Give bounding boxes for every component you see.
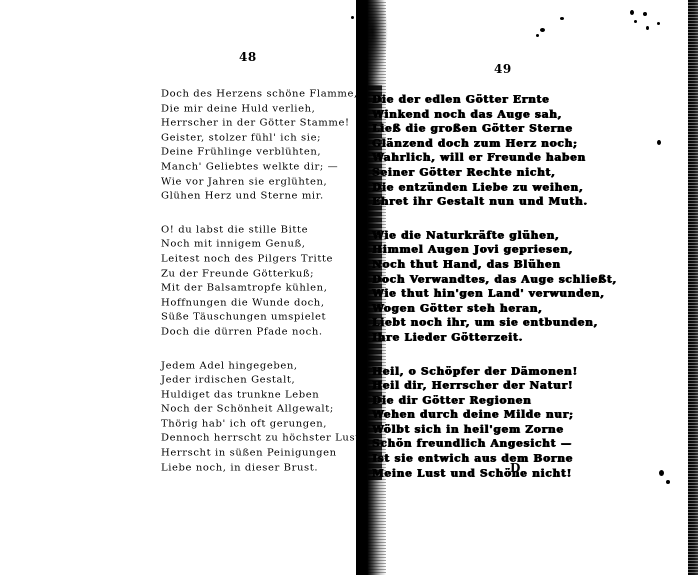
verse-line: Ließ die großen Götter Sterne [372,122,617,136]
verse-line: Mit der Balsamtropfe kühlen, [161,282,364,296]
book-spread: 48 Doch des Herzens schöne Flamme, Die m… [0,0,698,575]
verse-line: Doch des Herzens schöne Flamme, [161,88,364,102]
verse-line: Noch mit innigem Genuß, [161,238,364,252]
left-page: 48 Doch des Herzens schöne Flamme, Die m… [0,0,362,575]
verse-line: Meine Lust und Schöne nicht! [372,467,617,481]
verse-line: Wogen Götter steh heran, [372,302,617,316]
page-number-right: 49 [494,62,512,76]
verse-line: Die dir Götter Regionen [372,394,617,408]
stanza: Die der edlen Götter Ernte Winkend noch … [372,93,617,210]
scan-speck [643,12,647,16]
gutter-text-shadow [368,85,382,480]
gutter-ink-blot [362,0,388,80]
verse-line: Hoffnungen die Wunde doch, [161,297,364,311]
scan-speck [666,480,670,484]
verse-line: Leitest noch des Pilgers Tritte [161,253,364,267]
verse-line: Herrscher in der Götter Stamme! [161,117,364,131]
verse-line: Geister, stolzer fühl' ich sie; [161,132,364,146]
scan-speck [540,28,545,32]
scan-speck [536,34,539,37]
verse-line: Noch der Schönheit Allgewalt; [161,403,364,417]
verse-line: Winkend noch das Auge sah, [372,108,617,122]
catchword: D [510,461,520,475]
stanza: Jedem Adel hingegeben, Jeder irdischen G… [161,360,364,477]
stanza: Doch des Herzens schöne Flamme, Die mir … [161,88,364,205]
verse-line: Wölbt sich in heil'gem Zorne [372,423,617,437]
verse-line: Thörig hab' ich oft gerungen, [161,418,364,432]
scan-speck [560,17,564,20]
verse-line: Wahrlich, will er Freunde haben [372,151,617,165]
verse-line: Jeder irdischen Gestalt, [161,374,364,388]
verse-line: Liebe noch, in dieser Brust. [161,462,364,476]
verse-line: Heil dir, Herrscher der Natur! [372,379,617,393]
verse-line: Die mir deine Huld verlieh, [161,103,364,117]
verse-line: Wehen durch deine Milde nur; [372,408,617,422]
verse-line: Dennoch herrscht zu höchster Lust, [161,432,364,446]
scan-speck [634,20,637,23]
scan-speck [630,10,634,15]
poem-right: Die der edlen Götter Ernte Winkend noch … [372,93,617,500]
verse-line: Noch thut Hand, das Blühen [372,258,617,272]
stanza: O! du labst die stille Bitte Noch mit in… [161,224,364,341]
verse-line: Glänzend doch zum Herz noch; [372,137,617,151]
verse-line: Wie vor Jahren sie erglühten, [161,176,364,190]
verse-line: Wie die Naturkräfte glühen, [372,229,617,243]
verse-line: Süße Täuschungen umspielet [161,311,364,325]
verse-line: Jedem Adel hingegeben, [161,360,364,374]
verse-line: Schön freundlich Angesicht — [372,437,617,451]
stanza: Heil, o Schöpfer der Dämonen! Heil dir, … [372,365,617,482]
verse-line: Huldiget das trunkne Leben [161,389,364,403]
verse-line: Die der edlen Götter Ernte [372,93,617,107]
scan-speck [351,16,354,19]
verse-line: Deine Frühlinge verblühten, [161,146,364,160]
scan-speck [659,470,664,476]
verse-line: Himmel Augen Jovi gepriesen, [372,243,617,257]
verse-line: Heil, o Schöpfer der Dämonen! [372,365,617,379]
page-edge-shadow [688,0,698,575]
verse-line: Seiner Götter Rechte nicht, [372,166,617,180]
verse-line: Die entzünden Liebe zu weihen, [372,181,617,195]
scan-speck [657,140,661,145]
verse-line: O! du labst die stille Bitte [161,224,364,238]
right-page: 49 Die der edlen Götter Ernte Winkend no… [362,0,698,575]
verse-line: Doch Verwandtes, das Auge schließt, [372,273,617,287]
stanza: Wie die Naturkräfte glühen, Himmel Augen… [372,229,617,346]
verse-line: Doch die dürren Pfade noch. [161,326,364,340]
verse-line: Liebt noch ihr, um sie entbunden, [372,316,617,330]
verse-line: Herrscht in süßen Peinigungen [161,447,364,461]
verse-line: Ihre Lieder Götterzeit. [372,331,617,345]
verse-line: Manch' Geliebtes welkte dir; — [161,161,364,175]
verse-line: Ist sie entwich aus dem Borne [372,452,617,466]
page-number-left: 48 [239,50,257,64]
verse-line: Ehret ihr Gestalt nun und Muth. [372,195,617,209]
verse-line: Wie thut hin'gen Land' verwunden, [372,287,617,301]
verse-line: Glühen Herz und Sterne mir. [161,190,364,204]
poem-left: Doch des Herzens schöne Flamme, Die mir … [161,88,364,495]
verse-line: Zu der Freunde Götterkuß; [161,268,364,282]
scan-speck [657,22,660,25]
scan-speck [646,26,649,30]
